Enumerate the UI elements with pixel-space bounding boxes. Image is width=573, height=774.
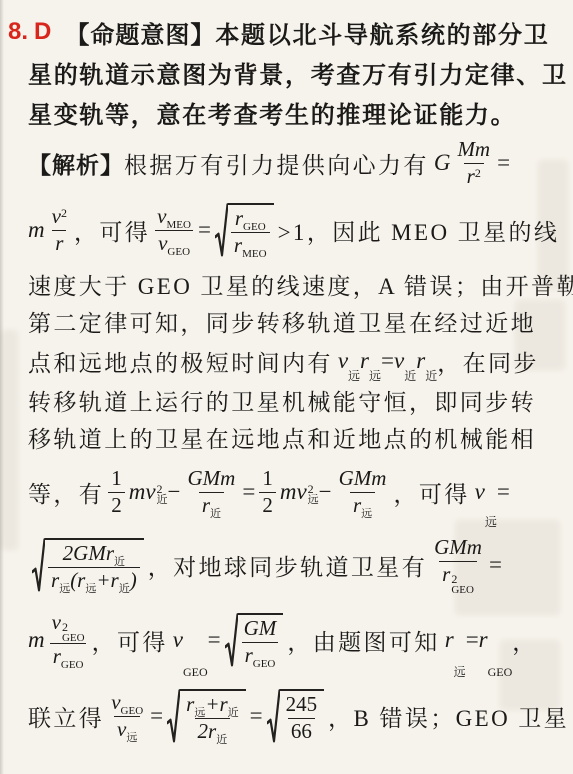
subscript-far: 远 bbox=[59, 583, 70, 595]
numerator-base: v bbox=[111, 691, 120, 715]
subscript-near: 近 bbox=[157, 495, 168, 506]
analysis-text: 点和远地点的极短时间内有 bbox=[28, 345, 333, 378]
text-line-6: 速度大于 GEO 卫星的线速度，A 错误；由开普勒 bbox=[28, 266, 569, 303]
numerator: GMm bbox=[434, 536, 482, 560]
radical-icon bbox=[32, 538, 45, 592]
numerator: GMm bbox=[339, 467, 387, 491]
text-line-11: 等，有 1 2 mv 2近 − GMm r近 = 1 2 mv 2远 − GMm… bbox=[28, 456, 569, 528]
equals-sign: = bbox=[489, 552, 502, 578]
denominator-base: v bbox=[158, 232, 167, 256]
equals-sign: = bbox=[208, 627, 221, 653]
var-mv: mv bbox=[280, 479, 307, 505]
equals-sign: = bbox=[150, 703, 163, 729]
analysis-text: 根据万有引力提供向心力有 bbox=[124, 147, 429, 180]
subscript-far: 远 bbox=[369, 367, 381, 384]
subscript-near: 近 bbox=[114, 556, 125, 568]
var-mv: mv bbox=[129, 479, 156, 505]
subscript-near: 近 bbox=[228, 707, 239, 719]
var-m: m bbox=[28, 627, 45, 653]
analysis-text: ，可得 bbox=[74, 214, 150, 247]
equals-sign: = bbox=[250, 703, 263, 729]
problem-number: 8. bbox=[8, 18, 28, 46]
sqrt-GM-over-rGEO: GM rGEO bbox=[225, 613, 284, 667]
subscript-near: 近 bbox=[210, 508, 221, 520]
numerator: 1 bbox=[111, 467, 122, 491]
analysis-text: ，可得 bbox=[393, 476, 469, 509]
var-r: r bbox=[416, 348, 425, 374]
fraction-one-half: 1 2 bbox=[259, 467, 276, 517]
analysis-text: ，由题图可知 bbox=[287, 624, 439, 657]
text-line-5: m v2 r ，可得 vMEO vGEO = rGEO rMEO >1，因此 M… bbox=[28, 194, 569, 266]
subscript-far: 远 bbox=[454, 663, 466, 680]
denominator: 2 bbox=[111, 494, 122, 518]
subscript: MEO bbox=[166, 219, 190, 231]
radical-icon bbox=[225, 613, 238, 667]
denominator-base: r bbox=[245, 644, 253, 668]
text-line-10: 移轨道上的卫星在远地点和近地点的机械能相 bbox=[28, 419, 569, 456]
denominator-base: r bbox=[467, 165, 475, 189]
subscript-near: 近 bbox=[119, 583, 130, 595]
numerator: Mm bbox=[457, 138, 490, 162]
var-v: v bbox=[338, 348, 348, 374]
var-v: v bbox=[173, 627, 183, 653]
radical-icon bbox=[215, 203, 228, 257]
fraction-245-over-66: 245 66 bbox=[283, 693, 321, 743]
fraction-vGEO2-over-rGEO: v2GEO rGEO bbox=[49, 611, 88, 669]
equals-sign: = bbox=[242, 479, 255, 505]
subscript-far: 远 bbox=[361, 508, 372, 520]
fraction-GMm-over-rnear: GMm r近 bbox=[185, 467, 239, 517]
subscript-far: 远 bbox=[485, 513, 497, 530]
subscript-far: 远 bbox=[126, 732, 137, 744]
numerator: GMm bbox=[188, 467, 236, 491]
denominator: 66 bbox=[291, 720, 312, 744]
var-v: v bbox=[394, 348, 404, 374]
text-line-14: 联立得 vGEO v远 = r远+r近 2r近 = 245 66 bbox=[28, 678, 569, 754]
numerator-base: 2GMr bbox=[63, 542, 114, 566]
numerator: 245 bbox=[286, 693, 318, 717]
fraction-GM-over-rGEO: GM rGEO bbox=[241, 617, 280, 667]
subscript: GEO bbox=[243, 221, 266, 233]
denominator-base: r bbox=[353, 494, 361, 518]
numerator-base: v bbox=[52, 611, 61, 635]
text-line-8: 点和远地点的极短时间内有 v远r远 = v近r近 ，在同步 bbox=[28, 340, 569, 382]
analysis-text: 转移轨道上运行的卫星机械能守恒，即同步转 bbox=[28, 384, 536, 417]
fraction-vMEO-over-vGEO: vMEO vGEO bbox=[154, 205, 194, 255]
minus-sign: − bbox=[319, 479, 332, 505]
subscript: MEO bbox=[242, 248, 266, 260]
exponent: 2 bbox=[475, 167, 481, 180]
subscript-far: 远 bbox=[85, 583, 96, 595]
text-line-3: 星变轨等，意在考查考生的推理论证能力。 bbox=[28, 92, 569, 132]
equals-sign: = bbox=[497, 479, 510, 505]
text-line-1: 8. D 【命题意图】 本题以北斗导航系统的部分卫 bbox=[8, 12, 569, 52]
exponent: 2 bbox=[61, 207, 67, 220]
var-G: G bbox=[434, 150, 451, 176]
numerator-part: +r bbox=[205, 693, 227, 717]
analysis-text: 联立得 bbox=[28, 700, 104, 733]
subscript-near: 近 bbox=[425, 367, 437, 384]
subscript-GEO: GEO bbox=[183, 665, 208, 680]
text-line-13: m v2GEO rGEO ，可得 vGEO = GM rGEO ，由题图可知 r… bbox=[28, 602, 569, 678]
text-line-7: 第二定律可知，同步转移轨道卫星在经过近地 bbox=[28, 303, 569, 340]
analysis-text: ，在同步 bbox=[437, 345, 539, 378]
scan-edge-shadow bbox=[0, 0, 4, 774]
sqrt-vfar-expression: 2GMr近 r远(r远+r近) bbox=[32, 538, 144, 592]
analysis-text: 第二定律可知，同步转移轨道卫星在经过近地 bbox=[28, 305, 536, 338]
supsub-GEO: 2GEO bbox=[451, 573, 474, 596]
denominator-part: (r bbox=[70, 569, 85, 593]
analysis-tag: 【解析】 bbox=[28, 147, 124, 180]
analysis-text: 移轨道上的卫星在远地点和近地点的机械能相 bbox=[28, 421, 536, 454]
answer-letter: D bbox=[34, 18, 51, 46]
intent-text-2: 星的轨道示意图为背景，考查万有引力定律、卫 bbox=[28, 55, 568, 90]
fraction-GMm-over-rfar: GMm r远 bbox=[336, 467, 390, 517]
analysis-text: ，对地球同步轨道卫星有 bbox=[148, 549, 427, 582]
intent-text-1: 本题以北斗导航系统的部分卫 bbox=[215, 15, 549, 50]
var-m: m bbox=[28, 217, 45, 243]
radical-icon bbox=[167, 689, 180, 743]
fraction-rfar-plus-rnear-over-2rnear: r远+r近 2r近 bbox=[183, 693, 242, 743]
analysis-text: 速度大于 GEO 卫星的线速度，A 错误；由开普勒 bbox=[28, 268, 573, 301]
sqrt-ratio-expression: r远+r近 2r近 bbox=[167, 689, 246, 743]
subscript-GEO: GEO bbox=[61, 659, 84, 671]
denominator-base: r bbox=[202, 494, 210, 518]
denominator-base: v bbox=[117, 718, 126, 742]
text-line-4: 【解析】 根据万有引力提供向心力有 G Mm r2 = bbox=[28, 132, 569, 194]
equals-sign: = bbox=[466, 627, 479, 653]
supsub-far: 2远 bbox=[308, 483, 319, 506]
numerator: GM bbox=[244, 617, 277, 641]
subscript-far: 远 bbox=[348, 367, 360, 384]
fraction-2GMrnear-over-product: 2GMr近 r远(r远+r近) bbox=[48, 542, 140, 592]
sqrt-245-over-66: 245 66 bbox=[267, 689, 325, 743]
subscript: GEO bbox=[167, 246, 190, 258]
intent-text-3: 星变轨等，意在考查考生的推理论证能力。 bbox=[28, 95, 516, 130]
analysis-text: ，可得 bbox=[92, 624, 168, 657]
subscript-far: 远 bbox=[194, 707, 205, 719]
denominator-base: r bbox=[442, 563, 450, 587]
equals-sign: = bbox=[381, 348, 394, 374]
fraction-Mm-over-r2: Mm r2 bbox=[454, 138, 493, 188]
intent-tag: 【命题意图】 bbox=[65, 15, 215, 50]
fraction-one-half: 1 2 bbox=[108, 467, 125, 517]
fraction-rGEO-over-rMEO: rGEO rMEO bbox=[231, 207, 270, 257]
subscript-near: 近 bbox=[216, 734, 227, 746]
subscript-GEO: GEO bbox=[62, 633, 85, 644]
denominator: 2 bbox=[262, 494, 273, 518]
analysis-text: 等，有 bbox=[28, 476, 104, 509]
answer-explanation-page: 8. D 【命题意图】 本题以北斗导航系统的部分卫 星的轨道示意图为背景，考查万… bbox=[0, 0, 573, 754]
numerator-base: r bbox=[235, 207, 243, 231]
minus-sign: − bbox=[168, 479, 181, 505]
subscript-GEO: GEO bbox=[121, 705, 144, 717]
fraction-v2-over-r: v2 r bbox=[49, 205, 70, 255]
text-line-9: 转移轨道上运行的卫星机械能守恒，即同步转 bbox=[28, 382, 569, 419]
subscript-GEO: GEO bbox=[253, 658, 276, 670]
comma: ， bbox=[512, 624, 535, 657]
radical-icon bbox=[267, 689, 280, 743]
numerator-base: v bbox=[157, 205, 166, 229]
numerator: 1 bbox=[262, 467, 273, 491]
denominator-part: +r bbox=[96, 569, 118, 593]
sqrt-rGEO-over-rMEO: rGEO rMEO bbox=[215, 203, 274, 257]
denominator-base: r bbox=[234, 234, 242, 258]
equals-sign: = bbox=[497, 150, 510, 176]
fraction-vGEO-over-vfar: vGEO v远 bbox=[108, 691, 146, 741]
var-v: v bbox=[475, 479, 485, 505]
fraction-GMm-over-rGEO2: GMm r2GEO bbox=[431, 536, 485, 594]
subscript-near: 近 bbox=[404, 367, 416, 384]
subscript-GEO: GEO bbox=[488, 665, 513, 680]
supsub-GEO: 2GEO bbox=[62, 621, 85, 644]
denominator-base: 2r bbox=[198, 720, 217, 744]
denominator: r bbox=[55, 232, 63, 256]
text-line-2: 星的轨道示意图为背景，考查万有引力定律、卫 bbox=[28, 52, 569, 92]
numerator-base: v bbox=[52, 205, 61, 229]
denominator-part: ) bbox=[130, 569, 137, 593]
var-r: r bbox=[479, 627, 488, 653]
denominator-base: r bbox=[53, 645, 61, 669]
subscript-far: 远 bbox=[308, 495, 319, 506]
var-r: r bbox=[360, 348, 369, 374]
analysis-text: ，B 错误；GEO 卫星 bbox=[328, 700, 569, 733]
numerator-part: r bbox=[186, 693, 194, 717]
var-r: r bbox=[445, 627, 454, 653]
text-line-12: 2GMr近 r远(r远+r近) ，对地球同步轨道卫星有 GMm r2GEO = bbox=[28, 528, 569, 602]
equals-sign: = bbox=[198, 217, 211, 243]
denominator-part: r bbox=[51, 569, 59, 593]
analysis-text: >1，因此 MEO 卫星的线 bbox=[278, 214, 560, 247]
supsub-near: 2近 bbox=[157, 483, 168, 506]
subscript-GEO: GEO bbox=[451, 585, 474, 596]
